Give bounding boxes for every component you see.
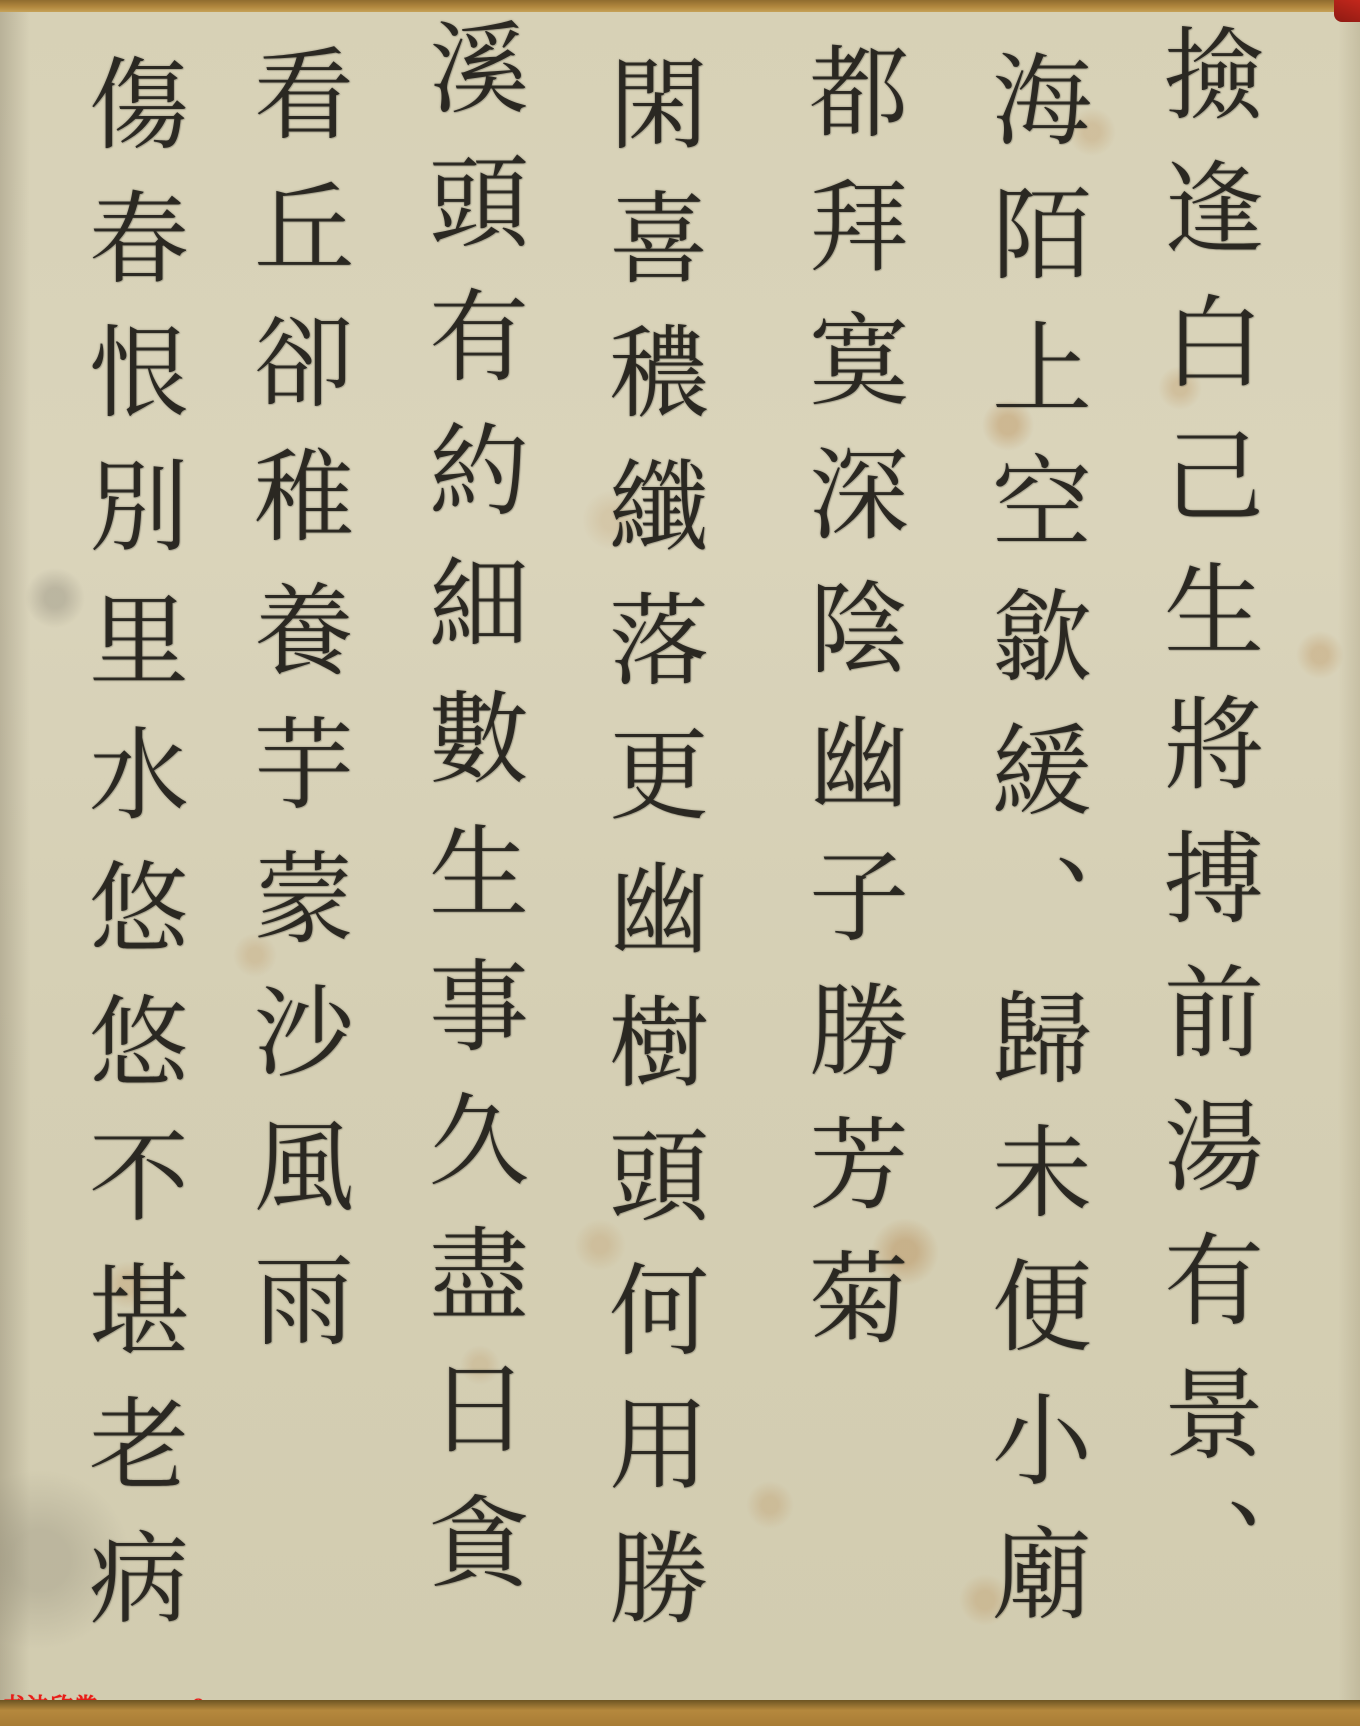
calligraphy-column-7: 傷春恨別里水悠悠不堪老病 (55, 52, 205, 1702)
calligraphy-column-4: 閑喜穠纖落更幽樹頭何用勝 (575, 52, 725, 1692)
calligraphy-column-6: 看丘卻稚養芋蒙沙風雨 (220, 42, 370, 1642)
calligraphy-sheet: 撿逢白己生將搏前湯有景、 海陌上空歙緩、歸未便小廟 都拜寞深陰幽子勝芳菊 閑喜穠… (0, 0, 1360, 1726)
calligraphy-column-5: 溪頭有約細數生事久盡日貪 (395, 16, 545, 1706)
mount-edge-bottom (0, 1700, 1360, 1726)
mount-edge-top (0, 0, 1360, 12)
calligraphy-column-2: 海陌上空歙緩、歸未便小廟 (958, 48, 1108, 1698)
calligraphy-column-3: 都拜寞深陰幽子勝芳菊 (775, 40, 925, 1460)
red-corner-mark (1334, 0, 1360, 22)
calligraphy-column-1: 撿逢白己生將搏前湯有景、 (1130, 22, 1280, 1682)
